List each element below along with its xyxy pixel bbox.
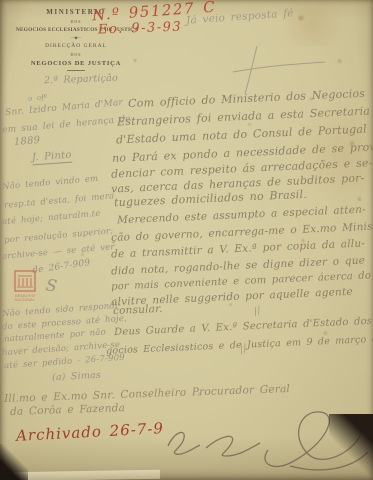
margin-note-line: 1889 [14,135,41,148]
registry-entry-date: Eo. 9-3-93 [98,20,183,38]
margin-heading: J. Pinto [32,150,72,166]
paper-bottom-edge [10,470,160,480]
scanned-letter: MINISTERIO DOS NEGOCIOS ECCLESIASTICOS E… [0,0,373,480]
margin-note-line: Snr. Izidro Maria d'Mar [5,98,124,118]
body-line: Deus Guarde a V. Ex.ª Secretaria d'Estad… [114,315,373,338]
scan-corner-shadow [329,414,373,480]
scan-corner-shadow [0,444,28,480]
archive-stamp-icon [13,270,37,292]
margin-note-line: de 26-7-909 [32,258,91,276]
document-page: MINISTERIO DOS NEGOCIOS ECCLESIASTICOS E… [0,0,373,480]
paragraph-mark: // [252,305,263,318]
margin-note-line: o ofº [28,93,48,103]
letterhead-dos-2: DOS [16,52,136,57]
margin-note-line: até hoje; naturalm.te [2,209,101,228]
letterhead-direction: DIRECÇÃO GERAL [16,43,136,49]
letterhead-rule [67,70,85,71]
archived-note: Archivado 26-7-9 [16,419,165,445]
margin-note-line: Não tendo vindo em [2,174,99,192]
archive-stamp-text: NACIONAL [6,298,44,302]
archivist-signature: (a) Simas [52,370,102,384]
margin-flourish-s: S [45,275,59,295]
addressee-line: da Corôa e Fazenda [10,402,125,418]
division-note: 2.ª Repartição [44,73,118,87]
margin-note-line: archive-se — se até ver [2,242,115,262]
margin-note-line: em sua lei de herança de [2,114,131,135]
letterhead-bureau: NEGOCIOS DE JUSTIÇA [16,60,136,67]
